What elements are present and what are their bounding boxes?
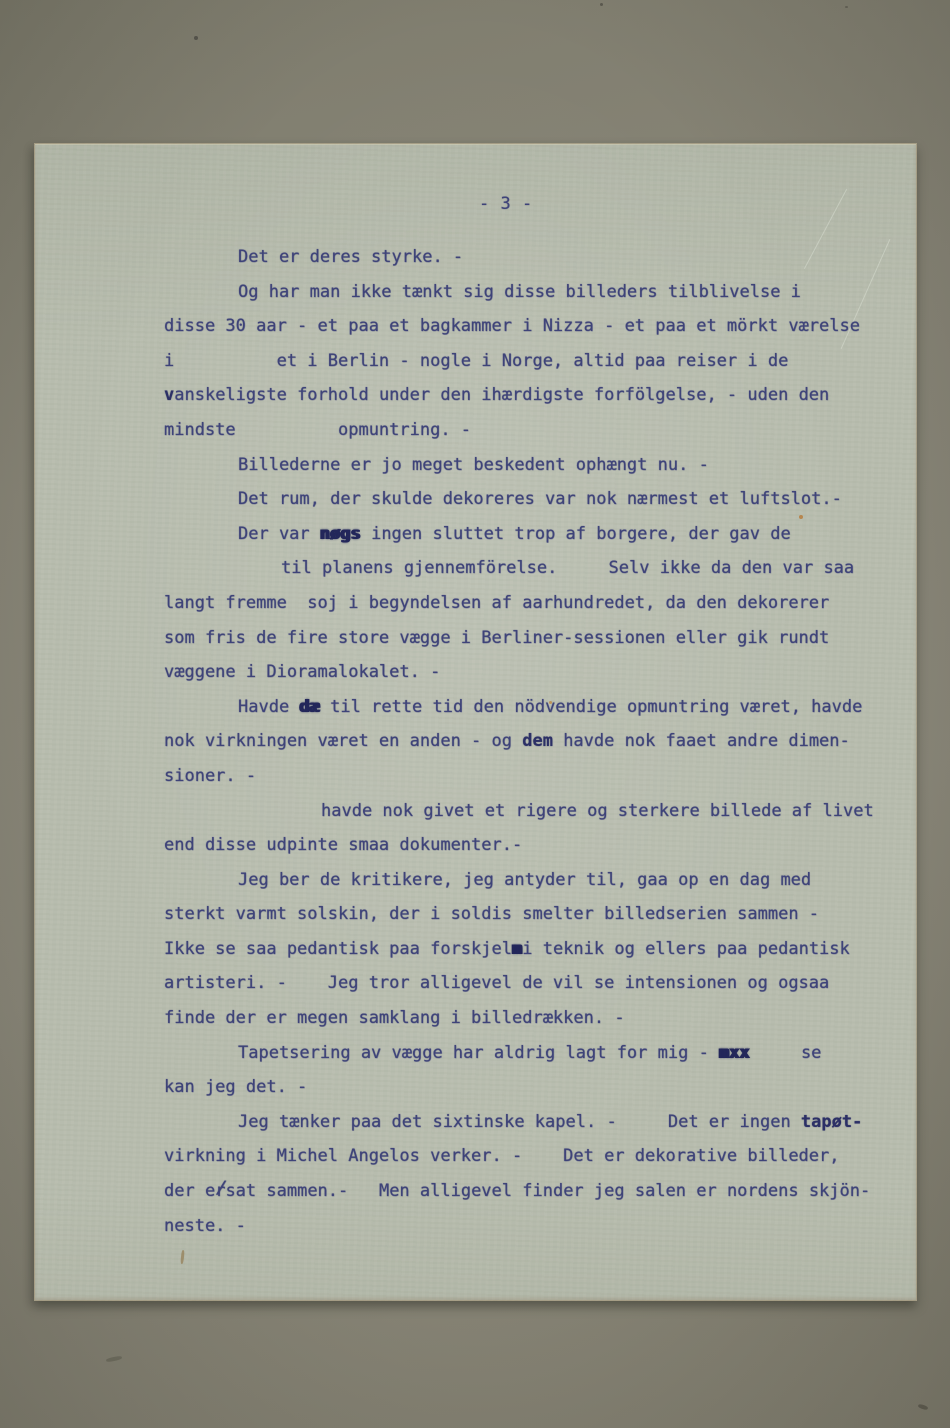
typewritten-line: virkning i Michel Angelos verker. - Det … <box>164 1146 904 1181</box>
text-segment: disse 30 aar - et paa et bagkammer i Niz… <box>164 316 860 336</box>
text-segment: end disse udpinte smaa dokumenter.- <box>164 835 522 855</box>
text-segment: Havde <box>238 697 299 717</box>
heavy-text: dem <box>522 731 553 751</box>
typewritten-line: i et i Berlin - nogle i Norge, altid paa… <box>164 351 904 386</box>
typewritten-line: langt fremme soj i begyndelsen af aarhun… <box>164 593 904 628</box>
typewritten-line: som fris de fire store vægge i Berliner-… <box>164 628 904 663</box>
text-segment: i teknik og ellers paa pedantisk <box>522 939 850 959</box>
text-segment: sat sammen.- Men alligevel finder jeg sa… <box>225 1181 870 1201</box>
text-segment: havde nok faaet andre dimen- <box>553 731 850 751</box>
xout-text: dæ <box>299 697 319 717</box>
typewritten-line: nok virkningen været en anden - og dem h… <box>164 731 904 766</box>
text-segment: neste. - <box>164 1216 246 1236</box>
text-segment: artisteri. - Jeg tror alligevel de vil s… <box>164 973 829 993</box>
text-segment: i et i Berlin - nogle i Norge, altid paa… <box>164 351 788 371</box>
text-segment: Det rum, der skulde dekoreres var nok næ… <box>238 489 842 509</box>
text-segment: Tapetsering av vægge har aldrig lagt for… <box>238 1043 719 1063</box>
text-segment: til planens gjennemförelse. Selv ikke da… <box>281 558 854 578</box>
typewritten-line: Der var nøgs ingen sluttet trop af borge… <box>238 524 904 559</box>
text-segment: langt fremme soj i begyndelsen af aarhun… <box>164 593 829 613</box>
typewritten-line: disse 30 aar - et paa et bagkammer i Niz… <box>164 316 904 351</box>
xout-text: m <box>512 939 522 959</box>
typewritten-line: sterkt varmt solskin, der i soldis smelt… <box>164 904 904 939</box>
typewritten-line: til planens gjennemförelse. Selv ikke da… <box>281 558 904 593</box>
heavy-text: tapøt- <box>801 1112 862 1132</box>
xout-text: mxx <box>719 1043 750 1063</box>
typewritten-line: Jeg tænker paa det sixtinske kapel. - De… <box>238 1112 904 1147</box>
text-segment: Jeg ber de kritikere, jeg antyder til, g… <box>238 870 811 890</box>
typewritten-line: væggene i Dioramalokalet. - <box>164 662 904 697</box>
page-number: - 3 - <box>479 194 533 214</box>
text-segment: Ikke se saa pedantisk paa forskjel <box>164 939 512 959</box>
typewritten-line: kan jeg det. - <box>164 1077 904 1112</box>
text-segment: anskeligste forhold under den ihærdigste… <box>174 385 829 405</box>
text-segment: havde nok givet et rigere og sterkere bi… <box>321 801 874 821</box>
xout-text: nøgs <box>320 524 361 544</box>
typewritten-line: end disse udpinte smaa dokumenter.- <box>164 835 904 870</box>
text-segment: kan jeg det. - <box>164 1077 307 1097</box>
dust-speck <box>600 3 603 6</box>
typewritten-line: Havde dæ til rette tid den nödvendige op… <box>238 697 904 732</box>
text-segment: finde der er megen samklang i billedrækk… <box>164 1008 625 1028</box>
text-segment: ingen sluttet trop af borgere, der gav d… <box>361 524 791 544</box>
typewritten-line: der ersat sammen.- Men alligevel finder … <box>164 1181 904 1216</box>
scanned-document-photo: { "colors":{"background_mat":"#868374","… <box>0 0 950 1428</box>
heavy-text: v <box>164 385 174 405</box>
text-segment: væggene i Dioramalokalet. - <box>164 662 440 682</box>
typewritten-line: Og har man ikke tænkt sig disse billeder… <box>238 282 904 317</box>
typewritten-line: Det er deres styrke. - <box>238 247 904 282</box>
typewritten-line: Billederne er jo meget beskedent ophængt… <box>238 455 904 490</box>
typewritten-line: Det rum, der skulde dekoreres var nok næ… <box>238 489 904 524</box>
mat-smudge <box>918 1404 929 1411</box>
dust-speck <box>845 6 848 8</box>
typewritten-line: vanskeligste forhold under den ihærdigst… <box>164 385 904 420</box>
typewritten-line: Ikke se saa pedantisk paa forskjelmi tek… <box>164 939 904 974</box>
typewritten-line: sioner. - <box>164 766 904 801</box>
text-segment: sterkt varmt solskin, der i soldis smelt… <box>164 904 819 924</box>
text-segment: Billederne er jo meget beskedent ophængt… <box>238 455 709 475</box>
text-segment: til rette tid den nödvendige opmuntring … <box>320 697 862 717</box>
typewritten-line: havde nok givet et rigere og sterkere bi… <box>321 801 904 836</box>
typewritten-line: neste. - <box>164 1216 904 1251</box>
document-page: - 3 - Det er deres styrke. -Og har man i… <box>34 143 917 1301</box>
typewritten-line: Tapetsering av vægge har aldrig lagt for… <box>238 1043 904 1078</box>
dust-speck <box>194 36 198 40</box>
typewritten-line: finde der er megen samklang i billedrækk… <box>164 1008 904 1043</box>
paper-fiber <box>180 1250 184 1264</box>
text-segment: mindste opmuntring. - <box>164 420 471 440</box>
text-segment: Der var <box>238 524 320 544</box>
typewritten-line: mindste opmuntring. - <box>164 420 904 455</box>
typewritten-line: Jeg ber de kritikere, jeg antyder til, g… <box>238 870 904 905</box>
mat-smudge <box>106 1355 122 1362</box>
text-segment: nok virkningen været en anden - og <box>164 731 522 751</box>
text-segment: sioner. - <box>164 766 256 786</box>
text-segment: Jeg tænker paa det sixtinske kapel. - De… <box>238 1112 801 1132</box>
typewritten-line: artisteri. - Jeg tror alligevel de vil s… <box>164 973 904 1008</box>
text-segment: virkning i Michel Angelos verker. - Det … <box>164 1146 840 1166</box>
text-segment: som fris de fire store vægge i Berliner-… <box>164 628 829 648</box>
text-segment: Det er deres styrke. - <box>238 247 463 267</box>
text-segment: der e <box>164 1181 215 1201</box>
typewritten-lines: Det er deres styrke. -Og har man ikke tæ… <box>164 247 904 1250</box>
slashed-text: r <box>215 1181 225 1201</box>
text-segment: Og har man ikke tænkt sig disse billeder… <box>238 282 801 302</box>
text-segment: se <box>750 1043 822 1063</box>
